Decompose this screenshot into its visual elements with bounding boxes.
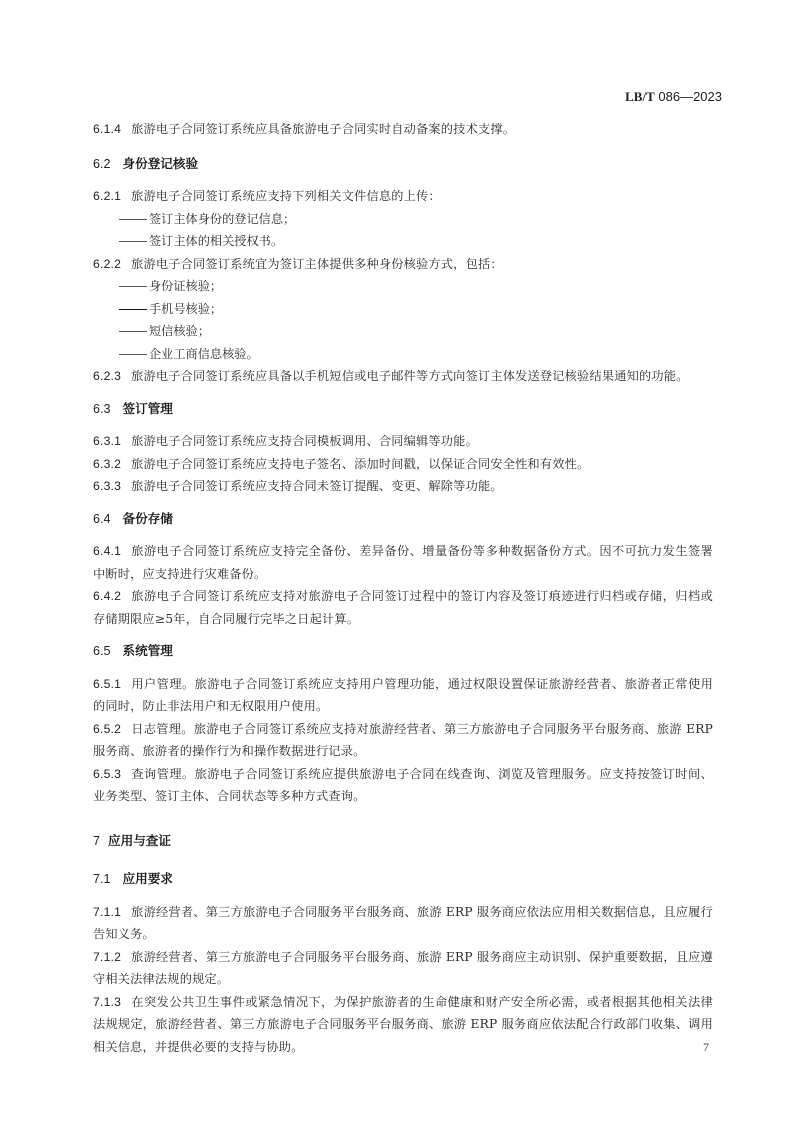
clause-number: 6.4.1 (93, 544, 121, 558)
clause-7-1-3: 7.1.3在突发公共卫生事件或紧急情况下，为保护旅游者的生命健康和财产安全所必需… (93, 991, 713, 1059)
clause-number: 6.4.2 (93, 589, 121, 603)
clause-number: 7.1.2 (93, 950, 121, 964)
clause-7-1-1: 7.1.1旅游经营者、第三方旅游电子合同服务平台服务商、旅游 ERP 服务商应依… (93, 901, 713, 946)
clause-number: 6.5.3 (93, 767, 121, 781)
clause-text: 旅游电子合同签订系统应具备以手机短信或电子邮件等方式向签订主体发送登记核验结果通… (131, 369, 688, 383)
clause-6-1-4: 6.1.4旅游电子合同签订系统应具备旅游电子合同实时自动备案的技术支撑。 (93, 118, 713, 141)
list-item: 签订主体身份的登记信息； (119, 208, 713, 231)
clause-number: 6.5.2 (93, 722, 121, 736)
clause-text: 旅游经营者、第三方旅游电子合同服务平台服务商、旅游 ERP 服务商应依法应用相关… (93, 905, 713, 942)
list-item-text: 企业工商信息核验。 (149, 347, 259, 361)
list-item: 企业工商信息核验。 (119, 343, 713, 366)
heading-6-2: 6.2身份登记核验 (93, 153, 713, 176)
dash-bullet (119, 331, 147, 332)
list-item: 签订主体的相关授权书。 (119, 230, 713, 253)
heading-7: 7应用与查证 (93, 830, 713, 853)
clause-text: 日志管理。旅游电子合同签订系统应支持对旅游经营者、第三方旅游电子合同服务平台服务… (93, 722, 713, 759)
clause-text: 旅游电子合同签订系统应支持下列相关文件信息的上传： (131, 189, 441, 203)
heading-7-1: 7.1应用要求 (93, 868, 713, 891)
dash-bullet (119, 309, 147, 310)
clause-text: 旅游经营者、第三方旅游电子合同服务平台服务商、旅游 ERP 服务商应主动识别、保… (93, 950, 713, 987)
clause-text: 查询管理。旅游电子合同签订系统应提供旅游电子合同在线查询、浏览及管理服务。应支持… (93, 767, 713, 804)
clause-6-5-3: 6.5.3查询管理。旅游电子合同签订系统应提供旅游电子合同在线查询、浏览及管理服… (93, 763, 713, 808)
clause-6-2-2: 6.2.2旅游电子合同签订系统宜为签订主体提供多种身份核验方式，包括： (93, 253, 713, 276)
clause-number: 7.1.3 (93, 995, 121, 1009)
list-item: 短信核验； (119, 320, 713, 343)
dash-bullet (119, 286, 147, 287)
clause-number: 6.2.3 (93, 369, 121, 383)
page-number: 7 (703, 1040, 709, 1055)
heading-number: 6.3 (93, 402, 111, 416)
clause-7-1-2: 7.1.2旅游经营者、第三方旅游电子合同服务平台服务商、旅游 ERP 服务商应主… (93, 946, 713, 991)
clause-6-5-2: 6.5.2日志管理。旅游电子合同签订系统应支持对旅游经营者、第三方旅游电子合同服… (93, 718, 713, 763)
clause-number: 6.2.1 (93, 189, 121, 203)
standard-prefix: LB/T (625, 89, 655, 104)
clause-6-4-1: 6.4.1旅游电子合同签订系统应支持完全备份、差异备份、增量备份等多种数据备份方… (93, 540, 713, 585)
clause-text: 旅游电子合同签订系统应具备旅游电子合同实时自动备案的技术支撑。 (131, 122, 515, 136)
clause-number: 7.1.1 (93, 905, 121, 919)
clause-text: 旅游电子合同签订系统应支持对旅游电子合同签订过程中的签订内容及签订痕迹进行归档或… (93, 589, 713, 626)
list-item-text: 短信核验； (149, 324, 210, 338)
clause-text: 旅游电子合同签订系统应支持电子签名、添加时间戳，以保证合同安全性和有效性。 (131, 457, 589, 471)
heading-number: 6.2 (93, 157, 111, 171)
clause-6-2-3: 6.2.3旅游电子合同签订系统应具备以手机短信或电子邮件等方式向签订主体发送登记… (93, 365, 713, 388)
clause-6-3-1: 6.3.1旅游电子合同签订系统应支持合同模板调用、合同编辑等功能。 (93, 430, 713, 453)
list-item-text: 手机号核验； (149, 302, 222, 316)
heading-title: 应用要求 (123, 871, 173, 886)
dash-bullet (119, 219, 147, 220)
heading-number: 7.1 (93, 872, 111, 886)
clause-text: 在突发公共卫生事件或紧急情况下，为保护旅游者的生命健康和财产安全所必需，或者根据… (93, 995, 713, 1054)
clause-number: 6.5.1 (93, 677, 121, 691)
heading-6-4: 6.4备份存储 (93, 508, 713, 531)
heading-title: 应用与查证 (108, 833, 171, 848)
list-item: 身份证核验； (119, 275, 713, 298)
clause-number: 6.2.2 (93, 257, 121, 271)
clause-text: 旅游电子合同签订系统应支持合同模板调用、合同编辑等功能。 (131, 434, 478, 448)
document-body: 6.1.4旅游电子合同签订系统应具备旅游电子合同实时自动备案的技术支撑。 6.2… (93, 118, 713, 1058)
list-item-text: 签订主体的相关授权书。 (149, 234, 283, 248)
clause-number: 6.3.1 (93, 434, 121, 448)
list-item-text: 身份证核验； (149, 279, 222, 293)
heading-title: 身份登记核验 (123, 156, 199, 171)
standard-number: 086—2023 (655, 89, 722, 104)
heading-number: 6.4 (93, 512, 111, 526)
clause-number: 6.1.4 (93, 122, 121, 136)
dash-bullet (119, 354, 147, 355)
heading-number: 6.5 (93, 644, 111, 658)
clause-text: 旅游电子合同签订系统应支持完全备份、差异备份、增量备份等多种数据备份方式。因不可… (93, 544, 713, 581)
heading-title: 签订管理 (123, 401, 173, 416)
list-item-text: 签订主体身份的登记信息； (149, 212, 295, 226)
clause-text: 用户管理。旅游电子合同签订系统应支持用户管理功能，通过权限设置保证旅游经营者、旅… (93, 677, 713, 714)
heading-title: 备份存储 (123, 511, 173, 526)
heading-title: 系统管理 (123, 643, 173, 658)
clause-text: 旅游电子合同签订系统应支持合同未签订提醒、变更、解除等功能。 (131, 479, 503, 493)
clause-6-5-1: 6.5.1用户管理。旅游电子合同签订系统应支持用户管理功能，通过权限设置保证旅游… (93, 673, 713, 718)
clause-6-3-3: 6.3.3旅游电子合同签订系统应支持合同未签订提醒、变更、解除等功能。 (93, 475, 713, 498)
dash-bullet (119, 241, 147, 242)
clause-number: 6.3.3 (93, 479, 121, 493)
heading-number: 7 (93, 834, 100, 848)
heading-6-3: 6.3签订管理 (93, 398, 713, 421)
list-item: 手机号核验； (119, 298, 713, 321)
clause-number: 6.3.2 (93, 457, 121, 471)
clause-6-4-2: 6.4.2旅游电子合同签订系统应支持对旅游电子合同签订过程中的签订内容及签订痕迹… (93, 585, 713, 630)
clause-text: 旅游电子合同签订系统宜为签订主体提供多种身份核验方式，包括： (131, 257, 503, 271)
clause-6-3-2: 6.3.2旅游电子合同签订系统应支持电子签名、添加时间戳，以保证合同安全性和有效… (93, 453, 713, 476)
standard-code: LB/T 086—2023 (625, 89, 722, 105)
clause-6-2-1: 6.2.1旅游电子合同签订系统应支持下列相关文件信息的上传： (93, 185, 713, 208)
heading-6-5: 6.5系统管理 (93, 640, 713, 663)
